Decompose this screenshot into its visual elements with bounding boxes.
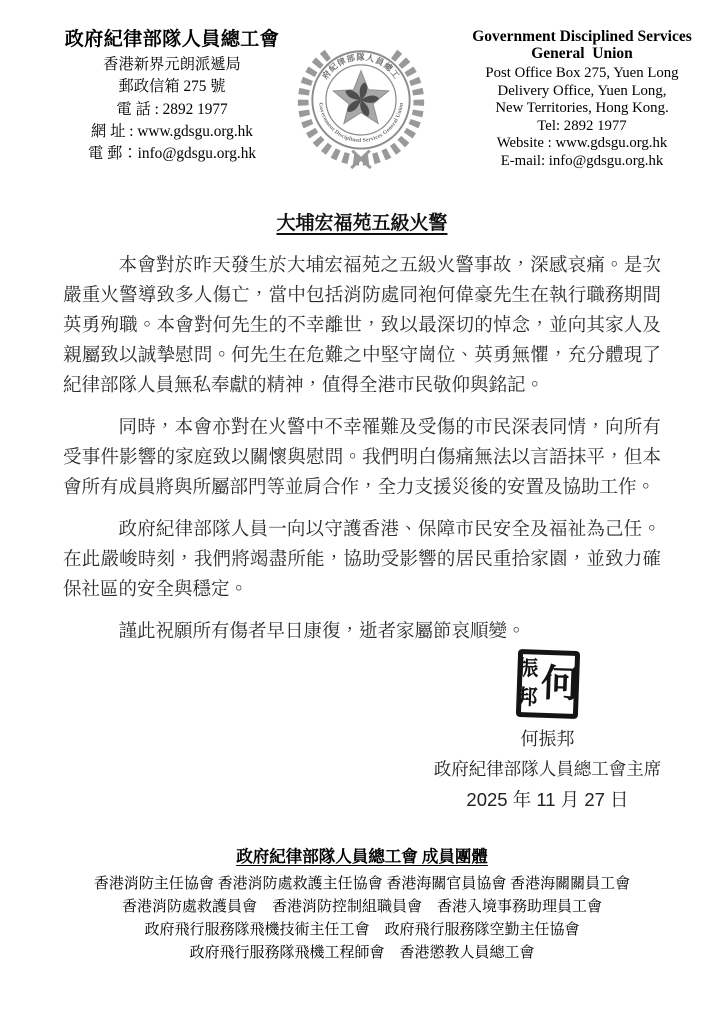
phone-line-en: Tel: 2892 1977 bbox=[458, 118, 706, 136]
website-line-zh: 網 址 : www.gdsgu.org.hk bbox=[60, 121, 284, 143]
union-emblem-graphic: 政府紀律部隊人員總工會 Government Disciplined Servi… bbox=[288, 22, 434, 172]
footer-members-block: 政府紀律部隊人員總工會 成員團體 香港消防主任協會 香港消防處救護主任協會 香港… bbox=[0, 843, 724, 965]
org-name-zh: 政府紀律部隊人員總工會 bbox=[60, 26, 284, 54]
org-name-en-line1: Government Disciplined Services bbox=[458, 29, 706, 46]
email-line-zh: 電 郵：info@gdsgu.org.hk bbox=[60, 143, 284, 165]
signatory-name: 何振邦 bbox=[400, 725, 695, 751]
header-right-block: Government Disciplined Services General … bbox=[458, 29, 706, 171]
member-organizations-line: 政府飛行服務隊飛機技術主任工會 政府飛行服務隊空勤主任協會 bbox=[0, 919, 724, 942]
letter-date: 2025 年 11 月 27 日 bbox=[400, 786, 695, 812]
paragraph-commitment: 政府紀律部隊人員一向以守護香港、保障市民安全及福祉為己任。在此嚴峻時刻，我們將竭… bbox=[63, 514, 661, 604]
union-logo: 政府紀律部隊人員總工會 Government Disciplined Servi… bbox=[288, 22, 434, 172]
letter-title: 大埔宏福苑五級火警 bbox=[0, 208, 724, 235]
member-organizations-line: 香港消防處救護員會 香港消防控制組職員會 香港入境事務助理員工會 bbox=[0, 896, 724, 919]
email-line-en: E-mail: info@gdsgu.org.hk bbox=[458, 153, 706, 171]
signatory-title: 政府紀律部隊人員總工會主席 bbox=[400, 756, 695, 781]
letter-body: 本會對於昨天發生於大埔宏福苑之五級火警事故，深感哀痛。是次嚴重火警導致多人傷亡，… bbox=[63, 250, 661, 658]
address-line-en: Delivery Office, Yuen Long, bbox=[458, 83, 706, 101]
paragraph-condolence: 本會對於昨天發生於大埔宏福苑之五級火警事故，深感哀痛。是次嚴重火警導致多人傷亡，… bbox=[63, 250, 661, 400]
seal-right-column: 何 bbox=[540, 657, 580, 712]
address-line-zh: 郵政信箱 275 號 bbox=[60, 76, 284, 98]
seal-char: 何 bbox=[540, 665, 579, 704]
org-name-en-line2: General Union bbox=[458, 46, 706, 63]
letter-page: 政府紀律部隊人員總工會 香港新界元朗派遞局 郵政信箱 275 號 電 話 : 2… bbox=[0, 0, 724, 1024]
website-line-en: Website : www.gdsgu.org.hk bbox=[458, 135, 706, 153]
member-organizations-line: 政府飛行服務隊飛機工程師會 香港懲教人員總工會 bbox=[0, 942, 724, 965]
phone-line-zh: 電 話 : 2892 1977 bbox=[60, 99, 284, 121]
address-line-en: New Territories, Hong Kong. bbox=[458, 100, 706, 118]
seal-left-column: 振 邦 bbox=[516, 656, 539, 711]
paragraph-sympathy: 同時，本會亦對在火警中不幸罹難及受傷的市民深表同情，向所有受事件影響的家庭致以關… bbox=[63, 412, 661, 502]
seal-char: 邦 bbox=[516, 687, 538, 709]
member-organizations-line: 香港消防主任協會 香港消防處救護主任協會 香港海關官員協會 香港海關關員工會 bbox=[0, 873, 724, 896]
seal-char: 振 bbox=[517, 658, 539, 680]
header-left-block: 政府紀律部隊人員總工會 香港新界元朗派遞局 郵政信箱 275 號 電 話 : 2… bbox=[60, 26, 284, 165]
signature-seal: 振 邦 何 bbox=[515, 649, 579, 719]
footer-title: 政府紀律部隊人員總工會 成員團體 bbox=[0, 843, 724, 867]
address-line-en: Post Office Box 275, Yuen Long bbox=[458, 65, 706, 83]
address-line-zh: 香港新界元朗派遞局 bbox=[60, 54, 284, 76]
signature-block: 振 邦 何 何振邦 政府紀律部隊人員總工會主席 2025 年 11 月 27 日 bbox=[400, 650, 695, 812]
paragraph-wishes: 謹此祝願所有傷者早日康復，逝者家屬節哀順變。 bbox=[63, 616, 661, 646]
